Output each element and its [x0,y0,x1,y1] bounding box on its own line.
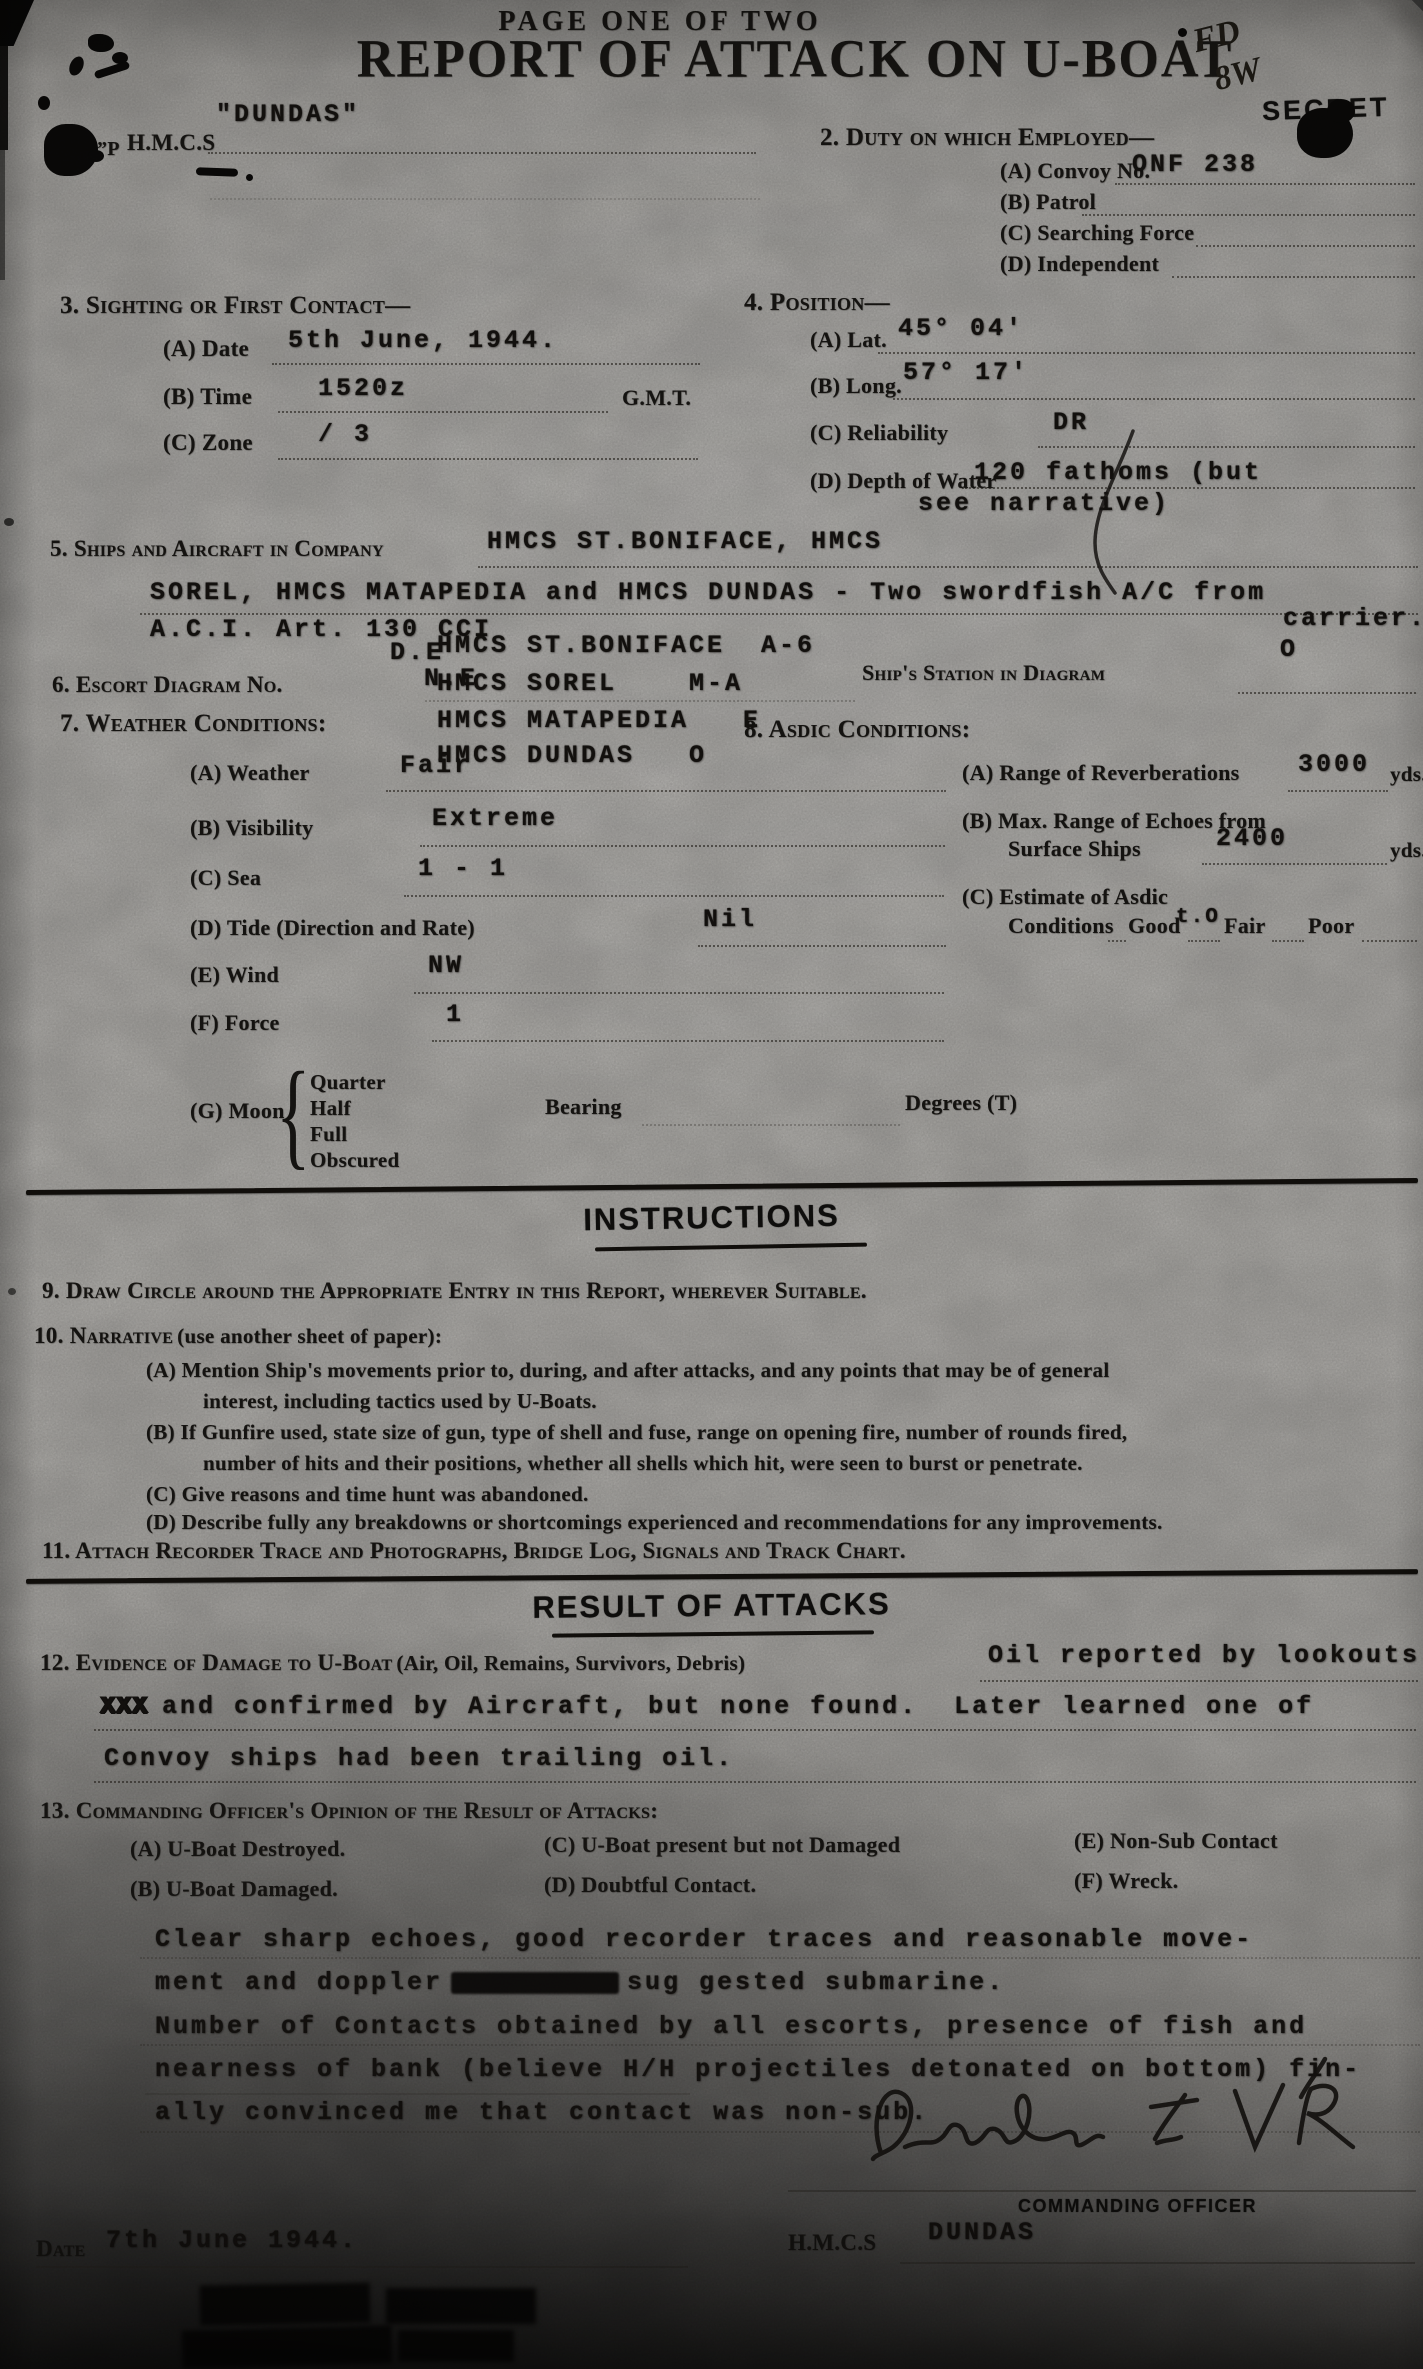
typed-strikeout: XXX [100,1692,148,1721]
wind-value: NW [428,951,464,980]
co-narrative-line3: Number of Contacts obtained by all escor… [155,2012,1307,2041]
dotted-line [698,945,946,947]
dotted-line [140,2044,1420,2046]
ink-blot [38,96,50,110]
option-non-sub-contact: (E) Non-Sub Contact [1074,1828,1278,1854]
duty-convoy-value: ONF 238 [1132,150,1258,179]
visibility-label: (B) Visibility [190,815,313,841]
ink-blot [88,150,104,162]
dotted-line [94,1729,1416,1731]
tide-value: Nil [703,905,757,934]
option-wreck: (F) Wreck. [1074,1868,1178,1894]
section-sighting-heading: 3. Sighting or First Contact— [60,292,410,320]
dotted-line [878,352,1415,354]
dotted-line [404,895,944,897]
instruction-item-11: 11. Attach Recorder Trace and Photograph… [42,1538,906,1564]
yds-unit: yds. [1390,838,1423,863]
force-value: 1 [446,1000,464,1029]
ink-blot [246,174,253,181]
evidence-of-damage-label: 12. Evidence of Damage to U-Boat (Air, O… [40,1650,1000,1676]
dotted-line [1188,940,1220,942]
max-echo-range-value: 2400 [1216,824,1288,853]
dotted-line [980,1680,1418,1682]
company-typed-carrier: carrier. [1283,604,1423,633]
bearing-label: Bearing [545,1094,622,1120]
ship-station-label: Ship's Station in Diagram [862,660,1105,686]
asdic-good-mark: t.O [1176,906,1220,929]
dotted-line [893,398,1415,400]
co-opinion-label: 13. Commanding Officer's Opinion of the … [40,1798,658,1824]
ink-blot [4,518,14,526]
dotted-line [272,363,700,365]
company-typed-line1: HMCS ST.BONIFACE, HMCS [487,527,883,556]
ship-name-value: "DUNDAS" [216,100,360,129]
sighting-date-label: (A) Date [163,336,249,362]
ship-name-label: H.M.C.S [127,130,215,156]
position-reliability-label: (C) Reliability [810,420,948,446]
ruled-line [145,2093,690,2095]
instructions-heading: INSTRUCTIONS [0,1188,1423,1249]
ink-blot [1178,28,1187,37]
heading-underline [552,1630,874,1637]
date-label: Date [36,2236,86,2262]
moon-option: Obscured [310,1148,400,1173]
item-12-heading: 12. Evidence of Damage to U-Boat [40,1650,392,1675]
scan-edge [0,150,5,280]
instruction-item-9: 9. Draw Circle around the Appropriate En… [42,1278,867,1304]
sighting-time-value: 1520z [318,374,408,403]
position-lat-value: 45° 04' [898,314,1024,343]
duty-searching-label: (C) Searching Force [1000,220,1194,246]
dotted-line [642,1124,900,1126]
ship-line [900,2262,1415,2264]
visibility-value: Extreme [432,804,558,833]
section-duty-heading: 2. Duty on which Employed— [820,124,1154,152]
sighting-time-label: (B) Time [163,384,252,410]
illegible-stamp [200,2283,371,2326]
dotted-line [1115,183,1415,185]
evidence-typed-line2: and confirmed by Aircraft, but none foun… [162,1692,1314,1721]
date-value: 7th June 1944. [106,2226,358,2255]
moon-label: (G) Moon [190,1098,285,1124]
dotted-line [1202,863,1387,865]
surface-ships-label: Surface Ships [1008,836,1141,862]
position-lat-label: (A) Lat. [810,327,887,353]
escort-list-item: HMCS DUNDAS O [437,741,707,770]
ink-blot [88,34,114,52]
moon-option: Half [310,1096,351,1121]
sea-value: 1 - 1 [418,854,508,883]
position-long-value: 57° 17' [903,358,1029,387]
reverberations-label: (A) Range of Reverberations [962,760,1240,786]
redacted-word [451,1972,619,1994]
instruction-item-10: 10. Narrative (use another sheet of pape… [34,1323,442,1349]
weather-label: (A) Weather [190,760,310,786]
co-narrative-line1: Clear sharp echoes, good recorder traces… [155,1925,1253,1954]
yds-unit: yds. [1390,762,1423,787]
ink-blot [1327,99,1355,123]
tide-label: (D) Tide (Direction and Rate) [190,915,475,941]
escort-typed-prefix: D.E [390,638,444,667]
illegible-stamp [398,2330,514,2362]
dotted-line [1288,790,1388,792]
option-present-not-damaged: (C) U-Boat present but not Damaged [544,1832,900,1858]
section-divider [26,1569,1418,1584]
dotted-line [420,845,945,847]
dotted-line [1196,245,1415,247]
moon-brace: { [276,1054,311,1174]
section-escort-heading: 6. Escort Diagram No. [52,672,283,698]
dotted-line [208,152,756,154]
option-uboat-damaged: (B) U-Boat Damaged. [130,1876,338,1902]
scanned-report-page: PAGE ONE OF TWO REPORT OF ATTACK ON U-BO… [0,0,1423,2369]
footer-ship-value: DUNDAS [928,2218,1036,2247]
moon-option: Quarter [310,1070,386,1095]
dotted-line [414,992,944,994]
page-title: REPORT OF ATTACK ON U-BOAT [330,29,1260,90]
position-long-label: (B) Long. [810,373,902,399]
instruction-10c: (C) Give reasons and time hunt was aband… [146,1482,589,1507]
instruction-10a-line1: (A) Mention Ship's movements prior to, d… [146,1358,1109,1383]
dotted-line [278,411,608,413]
sighting-zone-label: (C) Zone [163,430,253,456]
duty-independent-label: (D) Independent [1000,251,1159,277]
item-10-parenthetical: (use another sheet of paper): [177,1324,442,1348]
dotted-line [1082,214,1415,216]
result-of-attacks-heading: RESULT OF ATTACKS [0,1581,1423,1632]
dotted-line [1272,940,1304,942]
item-12-parenthetical: (Air, Oil, Remains, Survivors, Debris) [396,1651,745,1675]
asdic-option-good: Good [1128,913,1181,939]
section-position-heading: 4. Position— [744,289,890,317]
instruction-10a-line2: interest, including tactics used by U-Bo… [203,1389,597,1414]
instruction-10b-line2: number of hits and their positions, whet… [203,1451,1083,1476]
dotted-line [1238,692,1416,694]
sighting-zone-value: / 3 [318,420,372,449]
dotted-line [432,1040,944,1042]
dotted-line [478,566,1418,568]
moon-option: Full [310,1122,347,1147]
asdic-option-poor: Poor [1308,913,1354,939]
footer-ship-label: H.M.C.S [788,2230,876,2256]
scan-corner [0,0,34,46]
date-line [36,2266,688,2268]
ink-blot [8,1288,16,1295]
illegible-stamp [386,2288,536,2324]
pen-stroke [1075,425,1155,600]
asdic-conditions-label: Conditions [1008,913,1114,939]
option-uboat-destroyed: (A) U-Boat Destroyed. [130,1836,345,1862]
co-narrative-line2: ment and doppler sug gested submarine. [155,1968,1005,1997]
sighting-date-value: 5th June, 1944. [288,326,558,355]
option-doubtful-contact: (D) Doubtful Contact. [544,1872,756,1898]
ink-blot [196,167,238,176]
evidence-typed-line3: Convoy ships had been trailing oil. [104,1744,734,1773]
instruction-10d: (D) Describe fully any breakdowns or sho… [146,1510,1163,1535]
dotted-line [1362,940,1417,942]
weather-value: Fair [400,751,472,780]
duty-convoy-label: (A) Convoy No. [1000,158,1150,184]
escort-list-item: HMCS ST.BONIFACE A-6 [437,631,815,660]
wind-label: (E) Wind [190,962,279,988]
reverberations-value: 3000 [1298,750,1370,779]
dotted-line [210,198,760,200]
duty-patrol-label: (B) Patrol [1000,189,1096,215]
escort-list-item: HMCS SOREL M-A [437,669,743,698]
section-asdic-heading: 8. Asdic Conditions: [744,716,970,744]
dotted-line [1108,940,1126,942]
heading-underline [595,1243,867,1252]
section-company-heading: 5. Ships and Aircraft in Company [50,536,384,562]
force-label: (F) Force [190,1010,280,1036]
dotted-line [425,700,855,702]
sea-label: (C) Sea [190,865,261,891]
dotted-line [278,458,698,460]
dotted-line [140,1957,1420,1959]
ink-blot [44,124,98,176]
gmt-label: G.M.T. [622,385,691,411]
instruction-10b-line1: (B) If Gunfire used, state size of gun, … [146,1420,1127,1445]
ink-blot [94,61,131,80]
dotted-line [386,790,946,792]
ink-blot [66,54,86,78]
escort-list-item: HMCS MATAPEDIA E [437,706,761,735]
section-weather-heading: 7. Weather Conditions: [60,710,326,738]
asdic-option-fair: Fair [1224,913,1266,939]
co-narrative-line5: ally convinced me that contact was non-s… [155,2098,929,2127]
escort-diagram-no-value: N.E [424,664,478,693]
narrative-line2-pre: ment and doppler [155,1968,443,1997]
ship-station-value: O [1280,635,1298,664]
dotted-line [94,1781,1416,1783]
evidence-typed-line1: Oil reported by lookouts [988,1641,1420,1670]
asdic-estimate-label: (C) Estimate of Asdic [962,884,1168,910]
signature [855,2055,1385,2200]
item-10-heading: 10. Narrative [34,1323,173,1348]
dotted-line [1172,276,1415,278]
degrees-label: Degrees (T) [905,1090,1017,1116]
illegible-stamp [182,2325,393,2368]
narrative-line2-post: sug gested submarine. [627,1968,1005,1997]
